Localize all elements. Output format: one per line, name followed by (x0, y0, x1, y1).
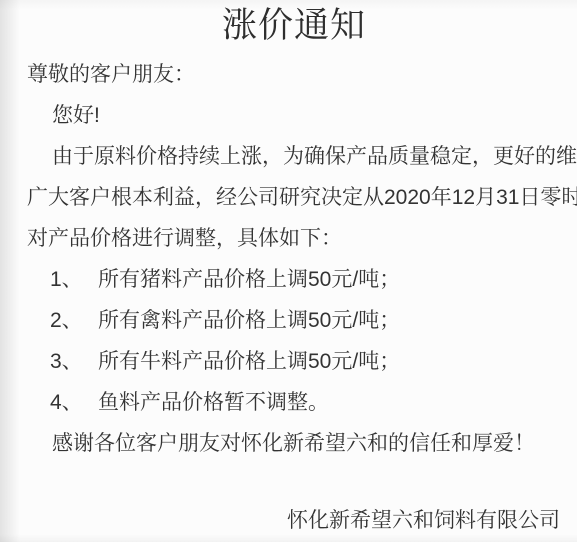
list-item-text: 鱼料产品价格暂不调整。 (98, 382, 329, 423)
intro-line-1: 由于原料价格持续上涨，为确保产品质量稳定，更好的维护 (27, 136, 561, 177)
list-item-number: 1、 (50, 259, 98, 300)
company-signature: 怀化新希望六和饲料有限公司 (27, 500, 561, 541)
salutation-line: 尊敬的客户朋友： (27, 54, 561, 95)
list-item-number: 4、 (50, 382, 98, 423)
list-item-text: 所有禽料产品价格上调50元/吨； (98, 300, 400, 341)
thanks-line: 感谢各位客户朋友对怀化新希望六和的信任和厚爱！ (27, 423, 561, 464)
list-item-1: 1、 所有猪料产品价格上调50元/吨； (50, 259, 561, 300)
list-item-2: 2、 所有禽料产品价格上调50元/吨； (50, 300, 561, 341)
notice-title: 涨价通知 (27, 3, 561, 49)
list-item-3: 3、 所有牛料产品价格上调50元/吨； (50, 341, 561, 382)
intro-line-2: 广大客户根本利益，经公司研究决定从2020年12月31日零时起 (27, 177, 561, 218)
list-item-number: 2、 (50, 300, 98, 341)
price-notice-document: 涨价通知 尊敬的客户朋友： 您好! 由于原料价格持续上涨，为确保产品质量稳定，更… (0, 0, 577, 542)
list-item-4: 4、 鱼料产品价格暂不调整。 (50, 382, 561, 423)
greeting-line: 您好! (27, 95, 561, 136)
list-item-text: 所有牛料产品价格上调50元/吨； (98, 341, 400, 382)
list-item-text: 所有猪料产品价格上调50元/吨； (98, 259, 400, 300)
intro-line-3: 对产品价格进行调整，具体如下： (27, 218, 561, 259)
list-item-number: 3、 (50, 341, 98, 382)
